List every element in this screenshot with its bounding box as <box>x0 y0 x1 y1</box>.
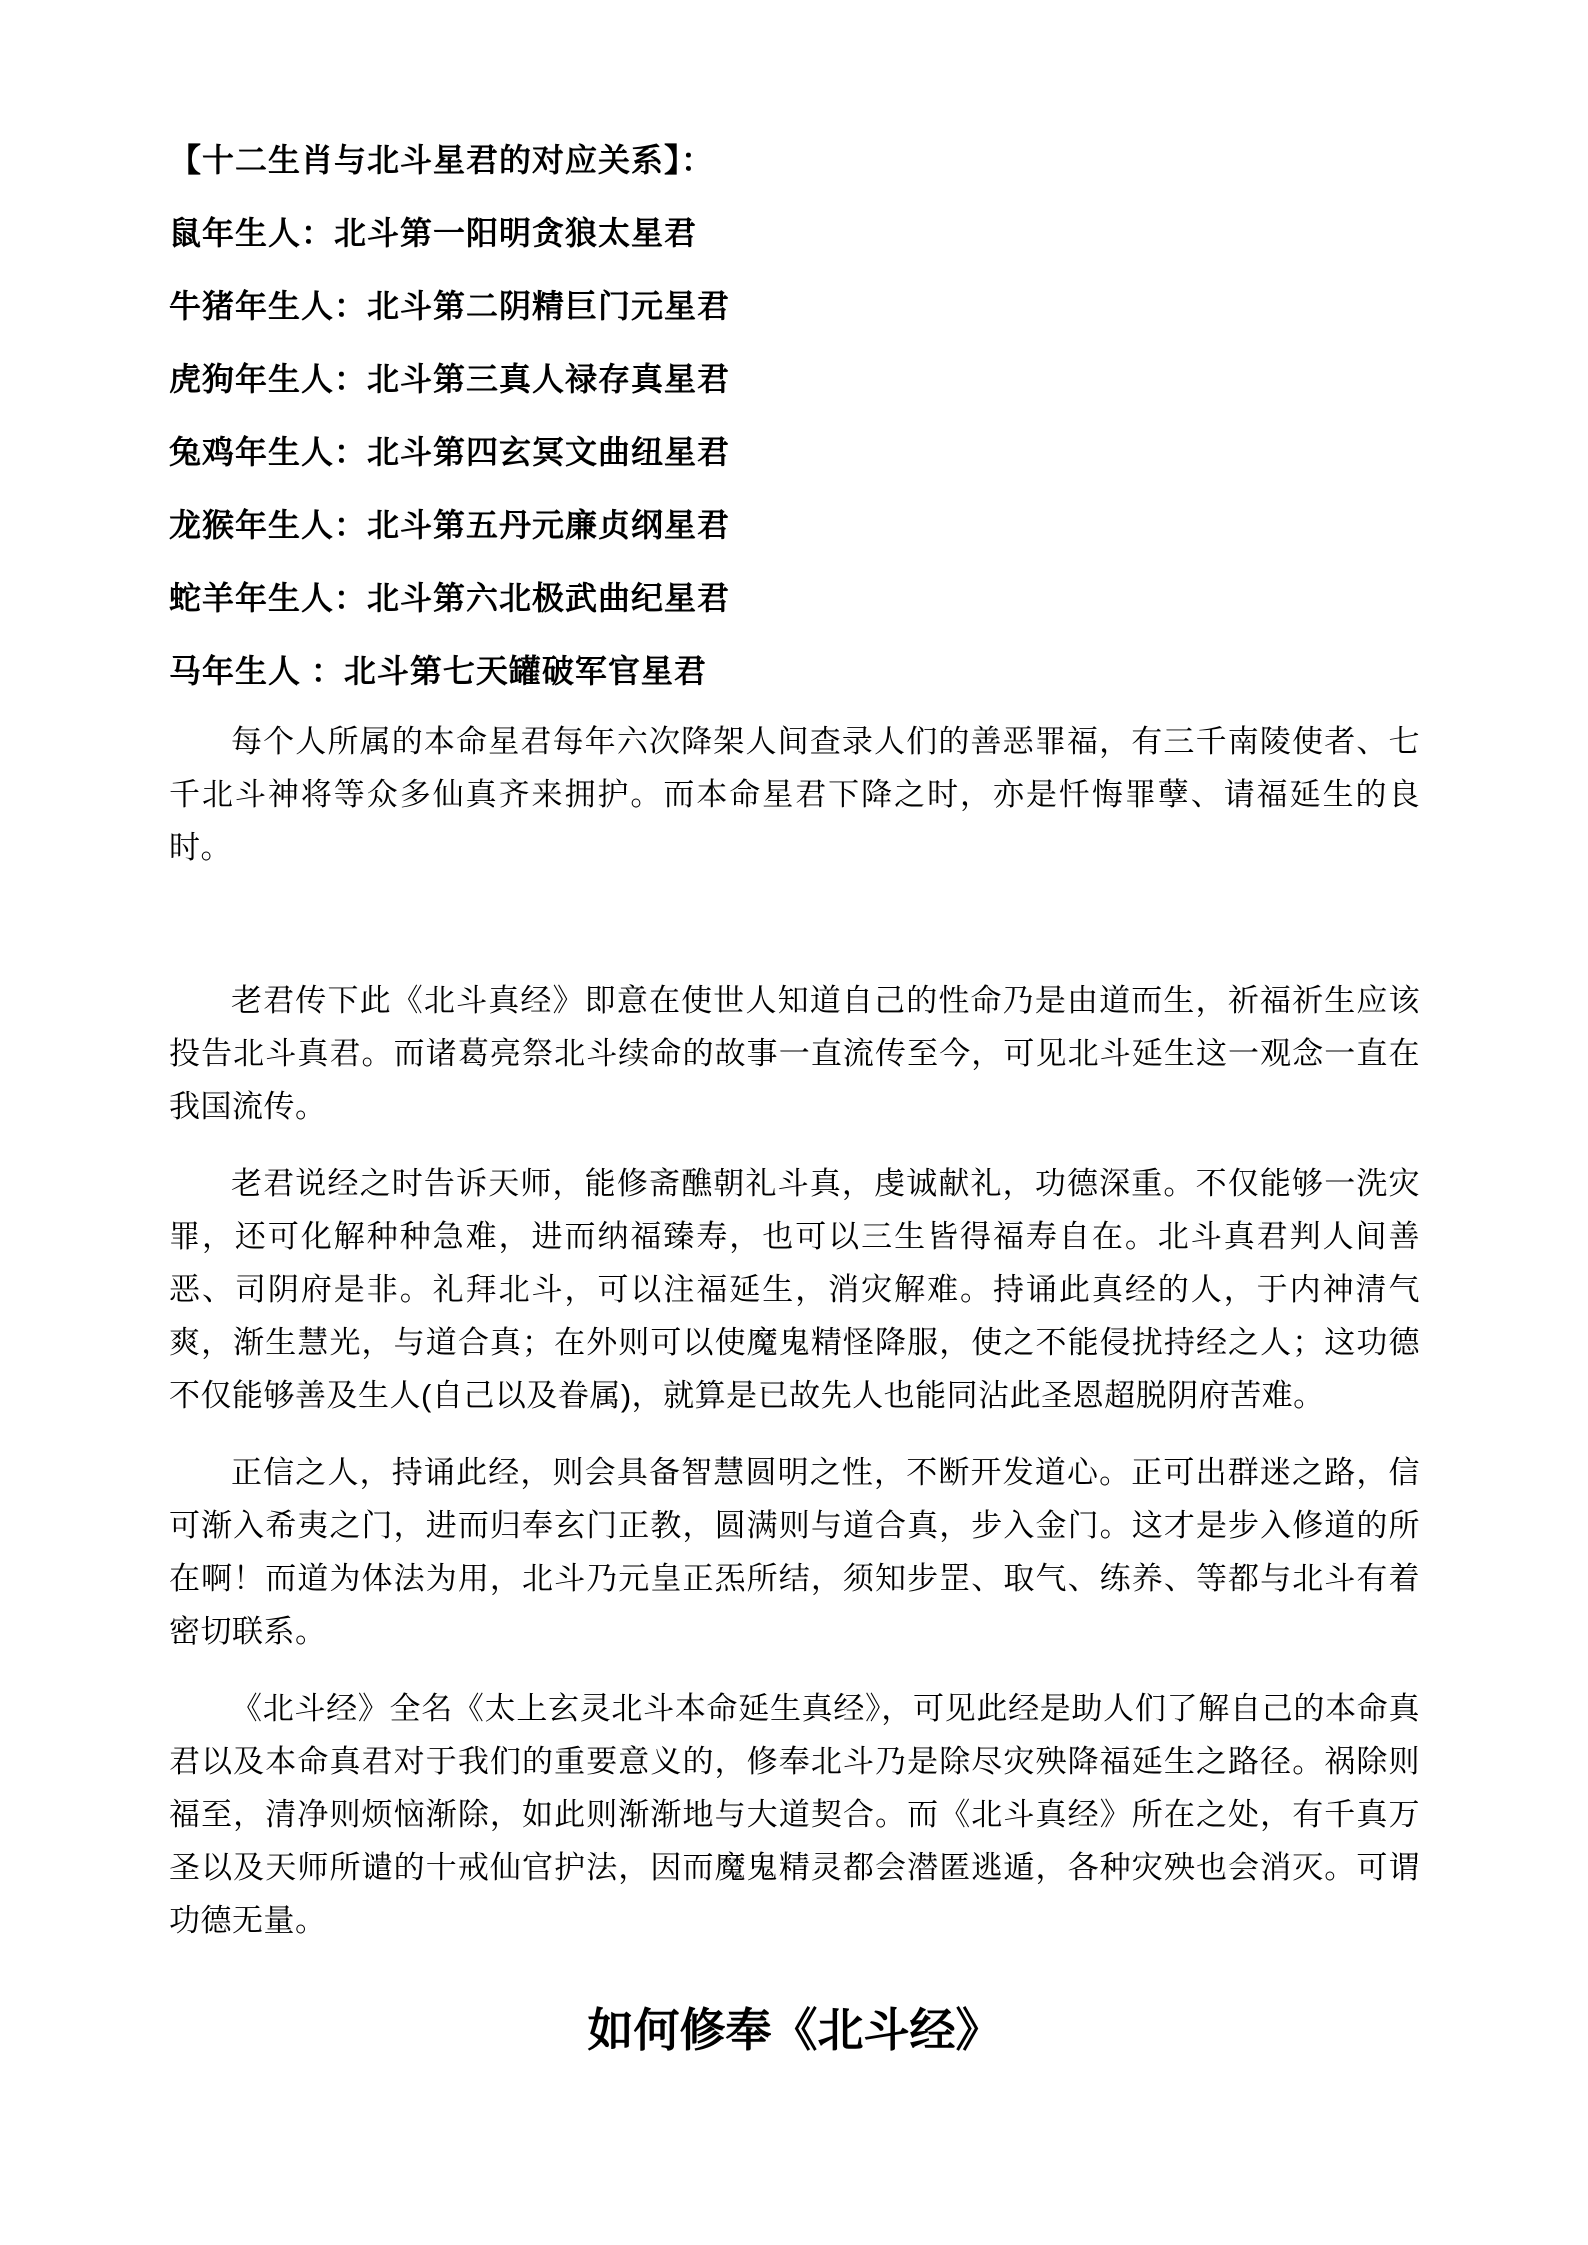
body-paragraph-1: 每个人所属的本命星君每年六次降架人间查录人们的善恶罪福，有三千南陵使者、七千北斗… <box>169 715 1420 874</box>
zodiac-line-rabbit-rooster: 兔鸡年生人：北斗第四玄冥文曲纽星君 <box>169 432 1420 472</box>
body-paragraph-2: 老君传下此《北斗真经》即意在使世人知道自己的性命乃是由道而生，祈福祈生应该投告北… <box>169 974 1420 1133</box>
body-paragraph-5: 《北斗经》全名《太上玄灵北斗本命延生真经》，可见此经是助人们了解自己的本命真君以… <box>169 1682 1420 1947</box>
zodiac-line-snake-goat: 蛇羊年生人：北斗第六北极武曲纪星君 <box>169 578 1420 618</box>
zodiac-line-horse: 马年生人 ：北斗第七天罐破军官星君 <box>169 651 1420 691</box>
zodiac-line-dragon-monkey: 龙猴年生人：北斗第五丹元廉贞纲星君 <box>169 505 1420 545</box>
body-paragraph-4: 正信之人，持诵此经，则会具备智慧圆明之性，不断开发道心。正可出群迷之路，信可渐入… <box>169 1446 1420 1658</box>
zodiac-line-rat: 鼠年生人：北斗第一阳明贪狼太星君 <box>169 213 1420 253</box>
zodiac-line-ox-pig: 牛猪年生人：北斗第二阴精巨门元星君 <box>169 286 1420 326</box>
body-paragraph-3: 老君说经之时告诉天师，能修斋醮朝礼斗真，虔诚献礼，功德深重。不仅能够一洗灾罪，还… <box>169 1157 1420 1422</box>
section-title: 【十二生肖与北斗星君的对应关系】： <box>169 140 1420 180</box>
document-page: 【十二生肖与北斗星君的对应关系】： 鼠年生人：北斗第一阳明贪狼太星君 牛猪年生人… <box>0 0 1588 2245</box>
bottom-heading: 如何修奉《北斗经》 <box>169 2002 1420 2060</box>
zodiac-line-tiger-dog: 虎狗年生人：北斗第三真人禄存真星君 <box>169 359 1420 399</box>
